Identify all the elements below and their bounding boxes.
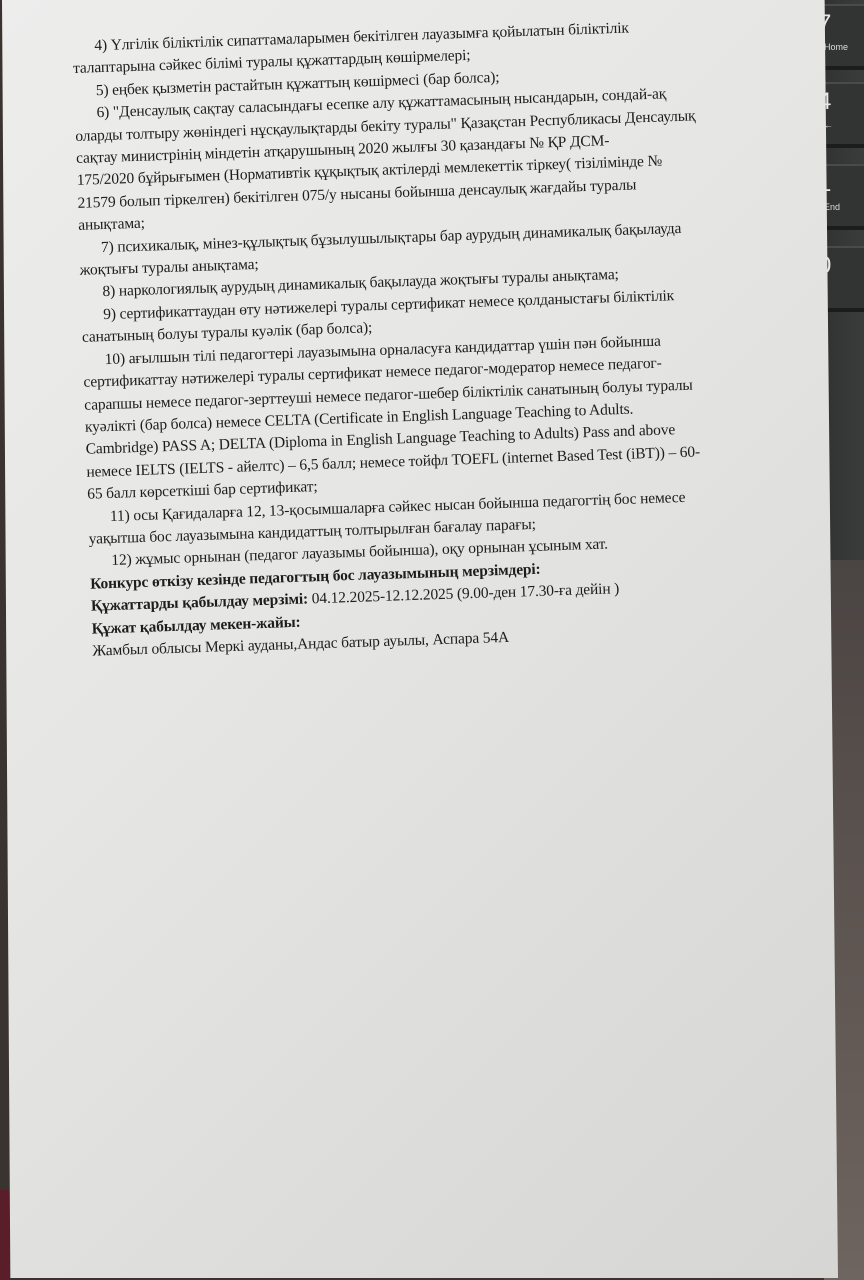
acceptance-label: Құжаттарды қабылдау мерзімі: [91,591,309,615]
document-content: 4) Үлгілік біліктілік сипаттамаларымен б… [72,13,782,663]
requirements-list: 4) Үлгілік біліктілік сипаттамаларымен б… [72,13,779,573]
desk-edge [0,1190,10,1280]
key-label: Home [824,42,848,52]
document-page: 4) Үлгілік біліктілік сипаттамаларымен б… [2,0,838,1278]
